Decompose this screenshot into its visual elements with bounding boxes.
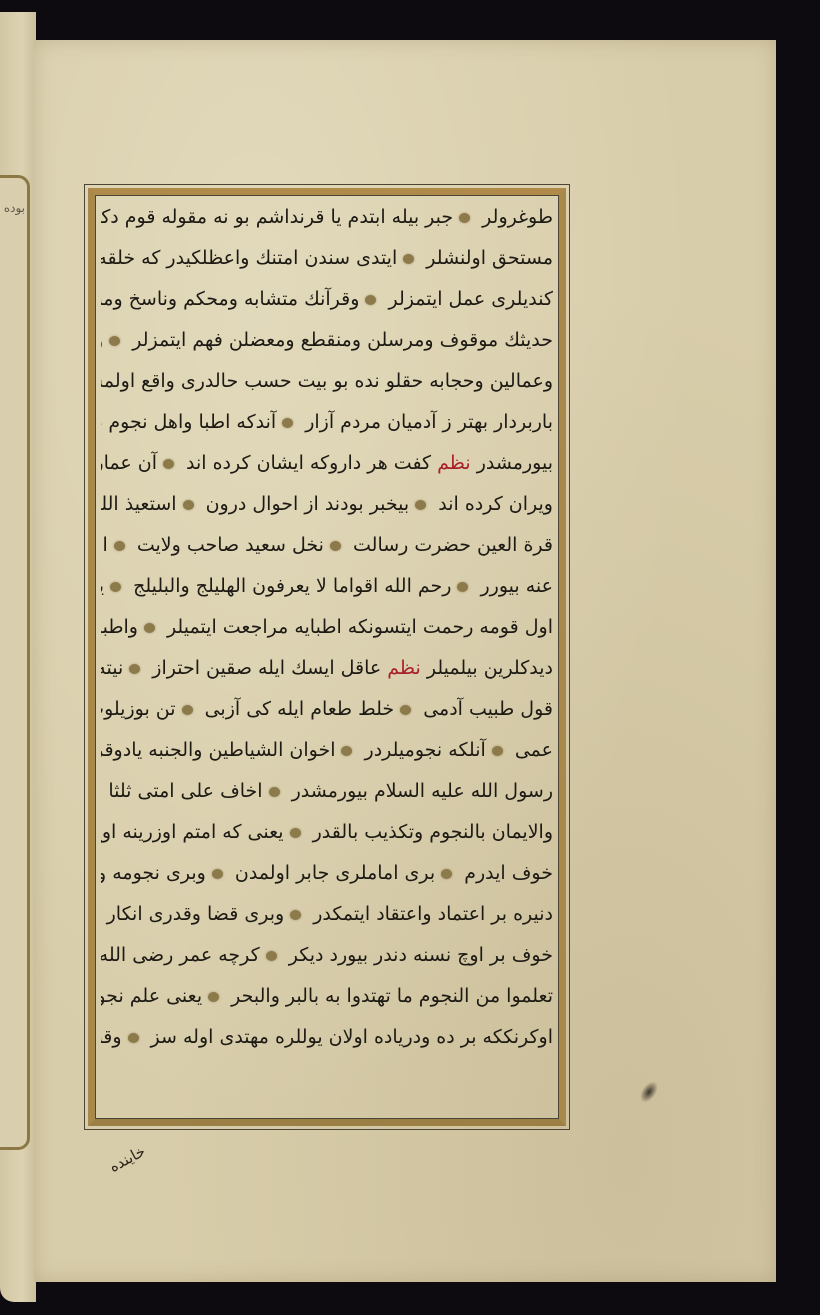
text-segment: بری اماملری جابر اولمدن — [229, 862, 435, 884]
text-segment: وقرآنك متشابه ومحكم وناسخ ومنسوخن بیلمزل… — [101, 288, 359, 310]
text-segment: جبر بیله ابتدم یا قرنداشم بو نه مقوله قو… — [101, 206, 453, 228]
verse-separator-dot-icon — [269, 787, 280, 797]
text-segment: تن بوزیلوب حكمیه تا جان — [101, 698, 176, 720]
text-segment: بیخبر بودند از احوال درون — [200, 493, 410, 515]
rubric-heading: نظم — [381, 657, 421, 679]
text-segment: نخل سعید صاحب ولایت — [131, 534, 324, 556]
text-segment: قول طبیب آدمی — [417, 698, 553, 720]
verse-separator-dot-icon — [128, 1033, 139, 1043]
text-segment: اوكرنككه بر ده ودریاده اولان یوللره مهتد… — [145, 1026, 554, 1048]
text-segment: نیته ایدر — [101, 657, 123, 679]
text-segment: ایتدی سندن امتنك واعظلكیدر كه خلقه وعظ ا… — [101, 247, 397, 269]
verse-separator-dot-icon — [365, 295, 376, 305]
facing-page-text: بوده طرفی — [0, 178, 27, 229]
verse-separator-dot-icon — [144, 623, 155, 633]
verse-separator-dot-icon — [441, 869, 452, 879]
text-segment: اخوان الشیاطین والجنبه یادوقربندر — [101, 739, 335, 761]
text-segment: مستحق اولنشلر — [420, 247, 553, 269]
text-line: عنه بیورر رحم الله اقواما لا یعرفون الهل… — [101, 566, 553, 607]
text-segment: عمی — [509, 739, 553, 761]
text-line: اوكرنككه بر ده ودریاده اولان یوللره مهتد… — [101, 1017, 553, 1058]
text-line: رسول الله علیه السلام بیورمشدر اخاف علی … — [101, 771, 553, 812]
text-segment: كرچه عمر رضی الله عنه بیورمشدر — [101, 944, 260, 966]
text-frame-border: طوغرولر جبر بیله ابتدم یا قرنداشم بو نه … — [84, 184, 570, 1130]
verse-separator-dot-icon — [341, 746, 352, 756]
text-segment: والایمان بالنجوم وتكذیب بالقدر — [307, 821, 553, 843]
text-segment: طوغرولر — [476, 206, 553, 228]
text-segment: واطبادن هلیلج بلیلج — [101, 616, 138, 638]
text-segment: استعیذ الله مما یفترون — [101, 493, 177, 515]
text-segment: آندكه اطبا واهل نجوم دخی — [101, 411, 276, 433]
text-segment: كندیلری عمل ایتمزلر — [382, 288, 553, 310]
verse-separator-dot-icon — [457, 582, 468, 592]
text-line: والایمان بالنجوم وتكذیب بالقدر یعنی كه ا… — [101, 812, 553, 853]
verse-separator-dot-icon — [114, 541, 125, 551]
manuscript-page: طوغرولر جبر بیله ابتدم یا قرنداشم بو نه … — [34, 40, 776, 1282]
text-line: باربردار بهتر ز آدمیان مردم آزار آندكه ا… — [101, 402, 553, 443]
text-line: دیدكلرین بیلمیلر نظم عاقل ایسك ایله صقین… — [101, 648, 553, 689]
verse-separator-dot-icon — [492, 746, 503, 756]
text-line: بیورمشدر نظم كفت هر داروكه ایشان كرده ان… — [101, 443, 553, 484]
text-segment: باربردار — [488, 411, 553, 433]
text-segment: وعمالین وحجابه حقلو نده بو بیت حسب حالدر… — [101, 370, 553, 392]
text-segment: وقناوآی — [101, 1026, 122, 1048]
verse-separator-dot-icon — [182, 705, 193, 715]
facing-page-text-frame: بوده طرفی — [0, 175, 30, 1150]
text-segment: خوف ایدرم — [458, 862, 553, 884]
verse-separator-dot-icon — [459, 213, 470, 223]
text-line: وعمالین وحجابه حقلو نده بو بیت حسب حالدر… — [101, 361, 553, 402]
text-segment: حدیثك موقوف ومرسلن ومنقطع ومعضلن فهم ایت… — [126, 329, 553, 351]
verse-separator-dot-icon — [415, 500, 426, 510]
text-block: طوغرولر جبر بیله ابتدم یا قرنداشم بو نه … — [101, 197, 553, 1117]
verse-separator-dot-icon — [183, 500, 194, 510]
text-line: قرة العین حضرت رسالت نخل سعید صاحب ولایت… — [101, 525, 553, 566]
text-line: طوغرولر جبر بیله ابتدم یا قرنداشم بو نه … — [101, 197, 553, 238]
verse-separator-dot-icon — [330, 541, 341, 551]
text-line: حدیثك موقوف ومرسلن ومنقطع ومعضلن فهم ایت… — [101, 320, 553, 361]
text-segment: یعنی حق تعالی — [101, 575, 104, 597]
text-line: دنیره بر اعتماد واعتقاد ایتمكدر وبری قضا… — [101, 894, 553, 935]
text-line: ویران كرده اند بیخبر بودند از احوال درون… — [101, 484, 553, 525]
text-line: خوف ایدرم بری اماملری جابر اولمدن وبری ن… — [101, 853, 553, 894]
ink-stain — [636, 1078, 661, 1106]
text-line: عمی آنلكه نجومیلردر اخوان الشیاطین والجن… — [101, 730, 553, 771]
text-segment: اخاف علی امتی ثلثا حیف الائمة — [101, 780, 263, 802]
text-segment: عاقل ایسك ایله صقین احتراز — [146, 657, 381, 679]
verse-separator-dot-icon — [163, 459, 174, 469]
text-line: كندیلری عمل ایتمزلر وقرآنك متشابه ومحكم … — [101, 279, 553, 320]
verse-separator-dot-icon — [129, 664, 140, 674]
text-segment: وبری نجومه ورمله وجفر — [101, 862, 206, 884]
text-line: خوف بر اوچ نسنه دندر بیورد دیكر كرچه عمر… — [101, 935, 553, 976]
facing-page-edge: بوده طرفی — [0, 12, 36, 1302]
verse-separator-dot-icon — [110, 582, 121, 592]
verse-separator-dot-icon — [282, 418, 293, 428]
text-segment: وسائر امرا وقواب — [101, 329, 103, 351]
text-segment: بیورمشدر — [471, 452, 553, 474]
verse-separator-dot-icon — [290, 828, 301, 838]
text-segment: امام حسن رضی الله — [101, 534, 108, 556]
verse-separator-dot-icon — [403, 254, 414, 264]
text-segment: آنلكه نجومیلردر — [358, 739, 485, 761]
text-segment: یعنی كه امتم اوزرینه اوچ نسنه دن — [101, 821, 284, 843]
text-segment: یعنی علم نجومدن اول قدر — [101, 985, 202, 1007]
text-line: قول طبیب آدمی خلط طعام ایله كی آزبی تن ب… — [101, 689, 553, 730]
text-segment: عنه بیورر — [474, 575, 553, 597]
text-line: تعلموا من النجوم ما تهتدوا به بالبر والب… — [101, 976, 553, 1017]
text-line: مستحق اولنشلر ایتدی سندن امتنك واعظلكیدر… — [101, 238, 553, 279]
text-segment: خلط طعام ایله كی آزبی — [199, 698, 395, 720]
verse-separator-dot-icon — [208, 992, 219, 1002]
text-segment: قرة العین حضرت رسالت — [347, 534, 553, 556]
verse-separator-dot-icon — [290, 910, 301, 920]
verse-separator-dot-icon — [212, 869, 223, 879]
text-segment: آن عمارت نیست — [101, 452, 157, 474]
verse-separator-dot-icon — [400, 705, 411, 715]
text-segment: ویران كرده اند — [432, 493, 553, 515]
text-segment: بهتر ز آدمیان مردم آزار — [299, 411, 488, 433]
text-line: اول قومه رحمت ایتسونكه اطبایه مراجعت ایت… — [101, 607, 553, 648]
gold-ruling-frame: طوغرولر جبر بیله ابتدم یا قرنداشم بو نه … — [88, 188, 566, 1126]
text-segment: رسول الله علیه السلام بیورمشدر — [286, 780, 553, 802]
text-segment: تعلموا من النجوم ما تهتدوا به بالبر والب… — [225, 985, 553, 1007]
verse-separator-dot-icon — [266, 951, 277, 961]
text-segment: رحم الله اقواما لا یعرفون الهلیلج والبلی… — [127, 575, 451, 597]
text-segment: خوف بر اوچ نسنه دندر بیورد دیكر — [283, 944, 553, 966]
text-segment: وبری قضا وقدری انكار ایدیه كرجو — [101, 903, 284, 925]
rubric-heading: نظم — [431, 452, 471, 474]
text-segment: دیدكلرین بیلمیلر — [421, 657, 553, 679]
text-segment: اول قومه رحمت ایتسونكه اطبایه مراجعت ایت… — [161, 616, 553, 638]
verse-separator-dot-icon — [109, 336, 120, 346]
text-segment: دنیره بر اعتماد واعتقاد ایتمكدر — [307, 903, 553, 925]
catchword: خاینده — [106, 1142, 148, 1176]
text-segment: كفت هر داروكه ایشان كرده اند — [180, 452, 431, 474]
